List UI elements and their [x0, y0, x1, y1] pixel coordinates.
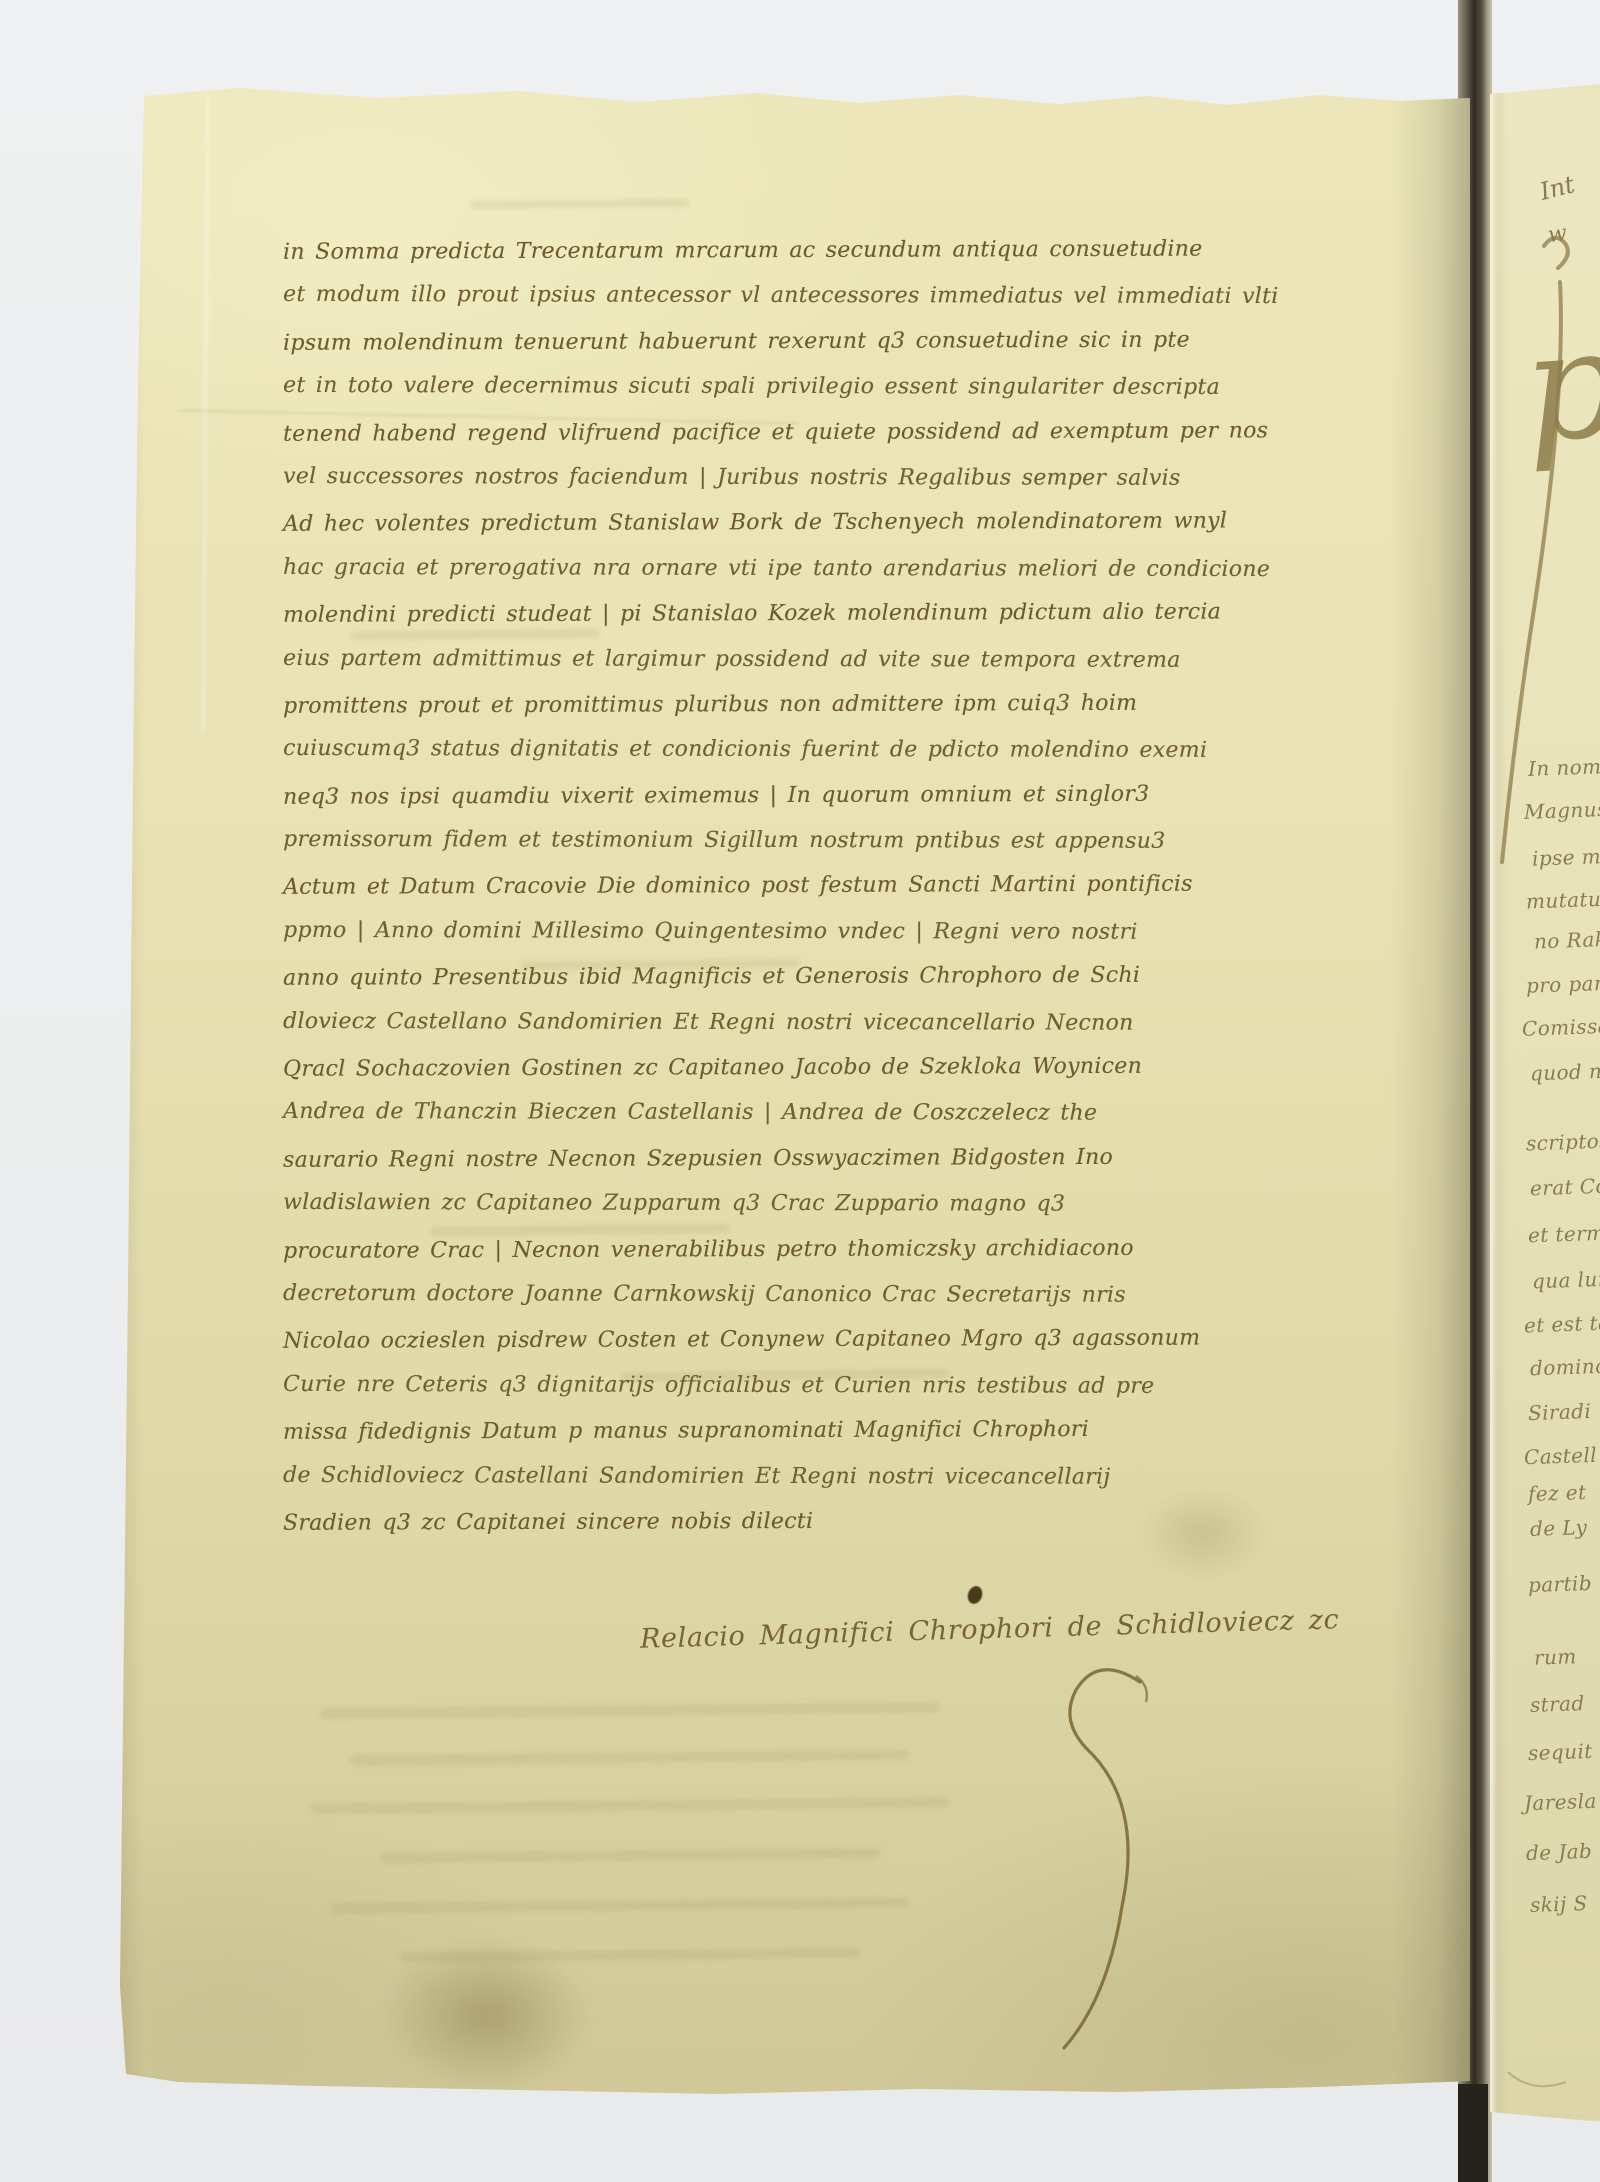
margin-fragment: pro parte: [1526, 970, 1600, 997]
manuscript-line: saurario Regni nostre Necnon Szepusien O…: [283, 1144, 1303, 1193]
margin-fragment: fez et: [1528, 1480, 1587, 1506]
text-block: in Somma predicta Trecentarum mrcarum ac…: [283, 238, 1303, 1554]
margin-fragment: Siradi: [1528, 1399, 1592, 1425]
ink-blot: [965, 1584, 984, 1606]
manuscript-scan: in Somma predicta Trecentarum mrcarum ac…: [0, 0, 1600, 2182]
manuscript-line: Andrea de Thanczin Bieczen Castellanis |…: [283, 1099, 1303, 1147]
pen-flourish: [878, 1646, 1218, 2086]
margin-fragment: In nomine: [1528, 753, 1600, 781]
ink-bleedthrough: [330, 1897, 910, 1914]
margin-fragment: partib: [1528, 1571, 1593, 1597]
manuscript-line: dloviecz Castellano Sandomirien Et Regni…: [283, 1009, 1303, 1057]
manuscript-line: eius partem admittimus et largimur possi…: [283, 645, 1303, 693]
margin-fragment: Comissari: [1522, 1013, 1600, 1041]
manuscript-line: et in toto valere decernimus sicuti spal…: [283, 373, 1303, 421]
manuscript-line: ipsum molendinum tenuerunt habuerunt rex…: [283, 327, 1303, 376]
manuscript-page: in Somma predicta Trecentarum mrcarum ac…: [118, 86, 1470, 2094]
manuscript-line: hac gracia et prerogativa nra ornare vti…: [283, 555, 1303, 603]
manuscript-line: et modum illo prout ipsius antecessor vl…: [283, 282, 1303, 330]
manuscript-line: cuiuscumq3 status dignitatis et condicio…: [283, 736, 1303, 784]
margin-fragment: Jaresla: [1524, 1789, 1598, 1816]
manuscript-line: Ad hec volentes predictum Stanislaw Bork…: [283, 509, 1303, 558]
manuscript-line: neq3 nos ipsi quamdiu vixerit eximemus |…: [283, 781, 1303, 830]
ink-bleedthrough: [470, 199, 690, 209]
margin-fragment: scriptos: [1526, 1129, 1600, 1156]
manuscript-line: in Somma predicta Trecentarum mrcarum ac…: [283, 236, 1303, 285]
manuscript-line: premissorum fidem et testimonium Sigillu…: [283, 827, 1303, 875]
ink-bleedthrough: [380, 1847, 880, 1863]
ink-bleedthrough: [310, 1797, 950, 1815]
manuscript-line: vel successores nostros faciendum | Juri…: [283, 464, 1303, 512]
margin-fragment: qua lun: [1532, 1267, 1600, 1294]
margin-fragment: Castell: [1524, 1443, 1598, 1470]
initial-flourish: [1490, 82, 1600, 2122]
facing-page-edge: Int w pr In nomine Magnus R ipse mer mut…: [1490, 82, 1600, 2122]
margin-fragment: Magnus R: [1524, 796, 1600, 824]
manuscript-line: missa fidedignis Datum p manus supranomi…: [283, 1416, 1303, 1465]
manuscript-line: Nicolao oczieslen pisdrew Costen et Cony…: [283, 1326, 1303, 1375]
manuscript-line: wladislawien zc Capitaneo Zupparum q3 Cr…: [283, 1190, 1303, 1238]
margin-fragment: mutatus: [1526, 887, 1600, 914]
manuscript-line: anno quinto Presentibus ibid Magnificis …: [283, 962, 1303, 1011]
margin-fragment: de Ly: [1530, 1515, 1588, 1541]
margin-fragment: et est ta: [1524, 1311, 1600, 1338]
manuscript-line: promittens prout et promittimus pluribus…: [283, 690, 1303, 739]
book-gutter-shadow: [1458, 2084, 1488, 2182]
manuscript-line: Actum et Datum Cracovie Die dominico pos…: [283, 872, 1303, 921]
manuscript-line: de Schidloviecz Castellani Sandomirien E…: [283, 1462, 1303, 1510]
ink-bleedthrough: [320, 1702, 940, 1719]
parchment-crease: [202, 94, 209, 734]
manuscript-line: Qracl Sochaczovien Gostinen zc Capitaneo…: [283, 1053, 1303, 1102]
ink-bleedthrough: [350, 1749, 910, 1766]
margin-fragment: skij S: [1530, 1891, 1588, 1917]
manuscript-line: Curie nre Ceteris q3 dignitarijs officia…: [283, 1372, 1303, 1420]
margin-fragment: quod no: [1530, 1059, 1600, 1086]
margin-fragment: sequit: [1528, 1739, 1593, 1765]
manuscript-line: decretorum doctore Joanne Carnkowskij Ca…: [283, 1281, 1303, 1329]
margin-fragment: rum: [1534, 1644, 1577, 1669]
margin-fragment: erat Co: [1530, 1174, 1600, 1201]
manuscript-line: molendini predicti studeat | pi Stanisla…: [283, 599, 1303, 648]
margin-fragment: de Jab: [1526, 1839, 1593, 1865]
margin-fragment: strad: [1530, 1691, 1585, 1717]
margin-fragment: domino: [1530, 1354, 1600, 1381]
margin-fragment: et term: [1528, 1221, 1600, 1248]
manuscript-line: procuratore Crac | Necnon venerabilibus …: [283, 1235, 1303, 1284]
margin-fragment: ipse mer: [1532, 843, 1600, 870]
manuscript-line: Sradien q3 zc Capitanei sincere nobis di…: [283, 1507, 1303, 1556]
margin-fragment: no Rako: [1534, 927, 1600, 954]
manuscript-line: ppmo | Anno domini Millesimo Quingentesi…: [283, 918, 1303, 966]
parchment-stain: [380, 1938, 595, 2093]
manuscript-line: tenend habend regend vlifruend pacifice …: [283, 418, 1303, 467]
